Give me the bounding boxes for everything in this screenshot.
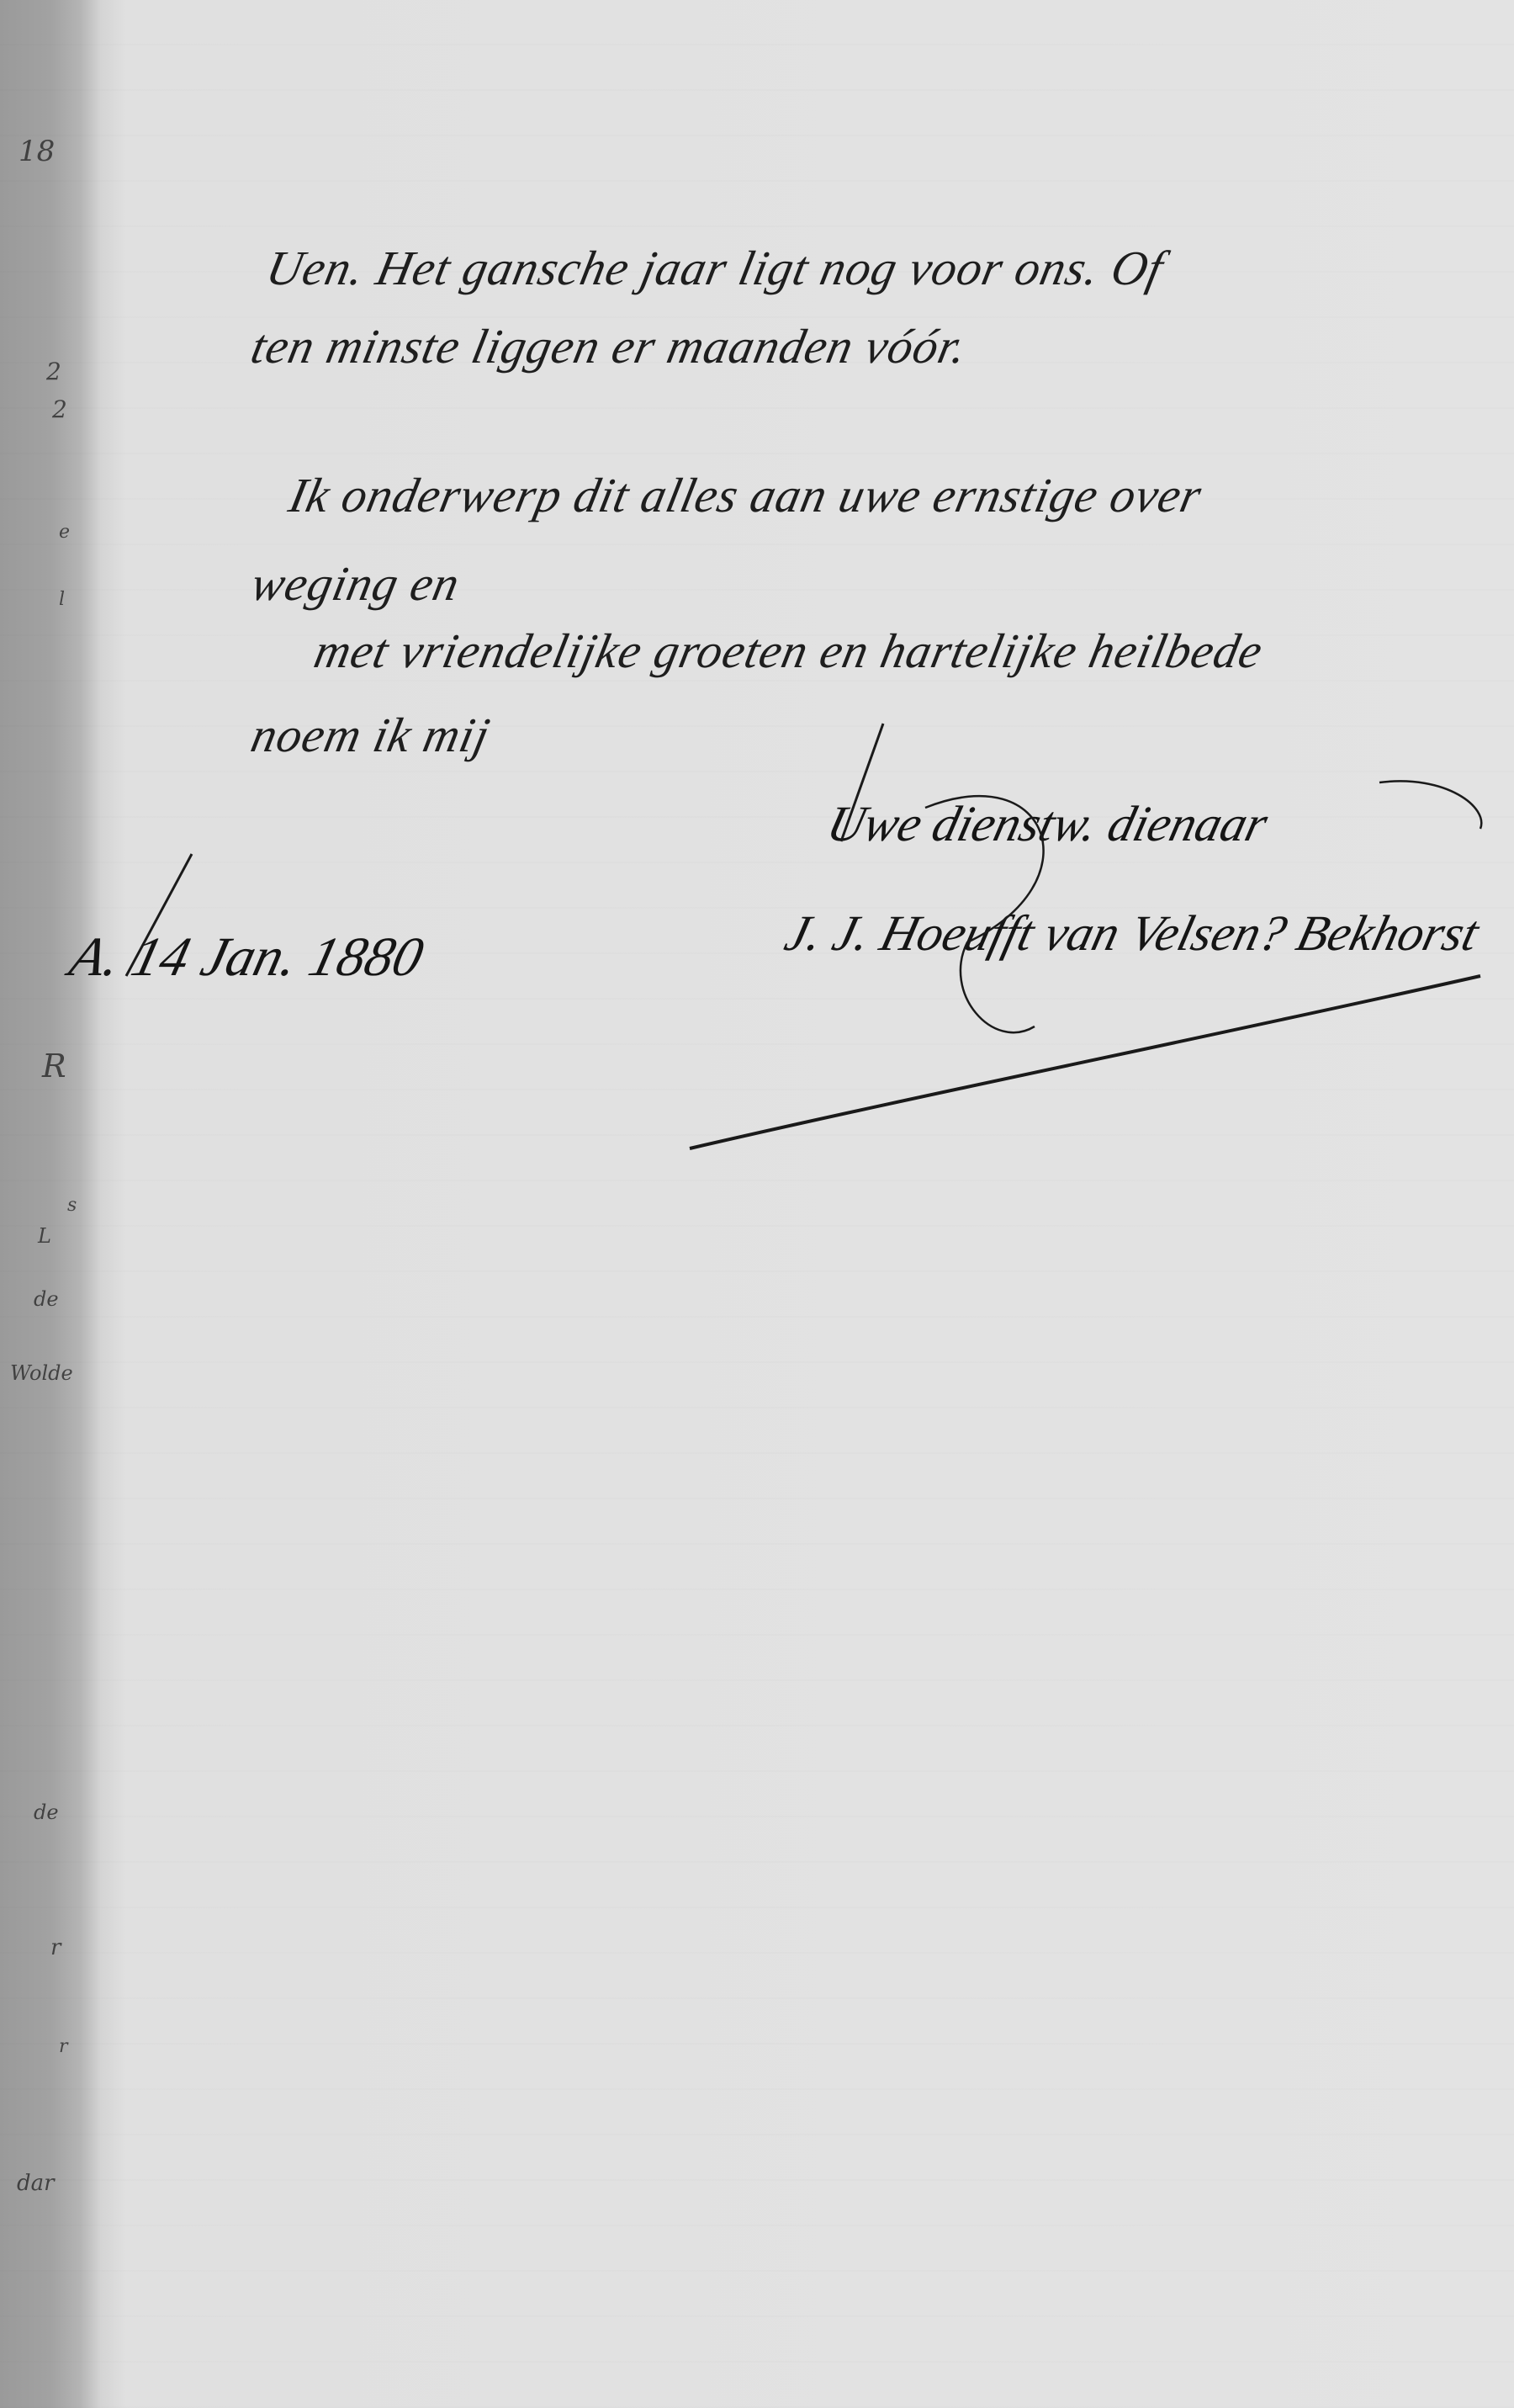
letter-line-2: ten minste liggen er maanden vóór.: [246, 318, 972, 374]
letter-line-5: met vriendelijke groeten en hartelijke h…: [310, 623, 1268, 679]
margin-fragment: l: [59, 589, 65, 610]
margin-fragment: e: [59, 522, 70, 543]
margin-page-number: 18: [19, 135, 55, 168]
letter-line-4: weging en: [246, 555, 465, 612]
document-page: 18 2 2 e l R s L de Wolde de r r dar Uen…: [0, 0, 1514, 2408]
margin-fragment: de: [34, 1801, 59, 1824]
margin-fragment: r: [59, 2036, 68, 2057]
letter-line-6: noem ik mij: [246, 707, 495, 763]
margin-fragment: dar: [17, 2171, 55, 2196]
left-margin-strip: 18 2 2 e l R s L de Wolde de r r dar: [0, 0, 93, 2408]
margin-fragment: r: [50, 1935, 61, 1960]
margin-fragment: L: [38, 1224, 51, 1248]
date-line: A. 14 Jan. 1880: [64, 926, 430, 989]
letter-line-1: Uen. Het gansche jaar ligt nog voor ons.…: [262, 240, 1169, 296]
margin-fragment: R: [42, 1048, 66, 1085]
margin-fragment: 2: [52, 395, 67, 423]
margin-fragment: 2: [46, 358, 61, 385]
closing-line: Uwe dienstw. dienaar: [821, 795, 1273, 853]
margin-fragment: Wolde: [10, 1361, 73, 1385]
signature: J. J. Hoeufft van Velsen? Bekhorst: [779, 904, 1485, 963]
margin-fragment: s: [67, 1195, 77, 1216]
letter-line-3: Ik onderwerp dit alles aan uwe ernstige …: [284, 467, 1207, 523]
margin-fragment: de: [34, 1287, 59, 1311]
